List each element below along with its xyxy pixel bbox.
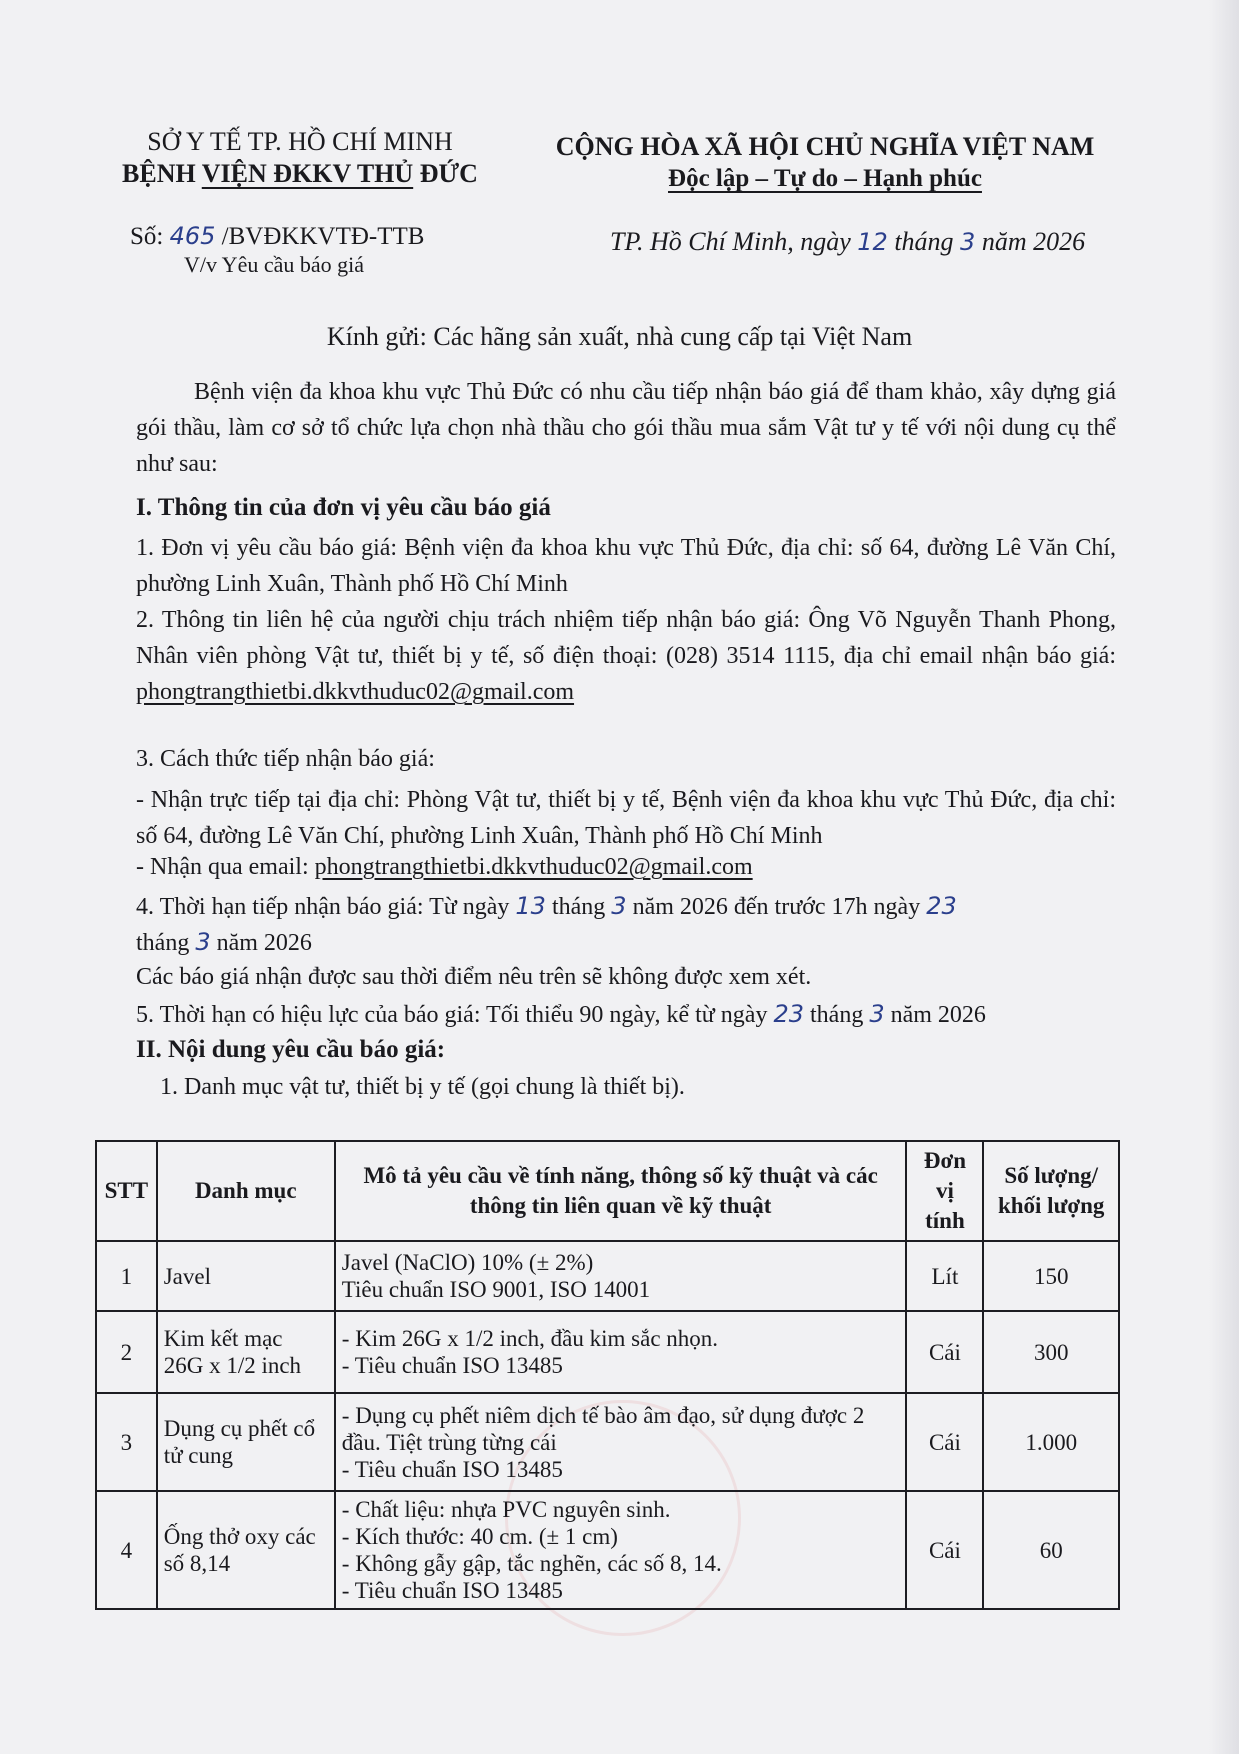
desc-line: Javel (NaClO) 10% (± 2%) (342, 1249, 900, 1276)
row-unit: Lít (906, 1241, 983, 1311)
desc-line: - Tiêu chuẩn ISO 13485 (342, 1352, 900, 1379)
issuer-header: SỞ Y TẾ TP. HỒ CHÍ MINH BỆNH VIỆN ĐKKV T… (110, 126, 490, 190)
row-unit: Cái (906, 1311, 983, 1393)
table-row: 3Dụng cụ phết cổ tử cung- Dụng cụ phết n… (96, 1393, 1119, 1491)
scan-edge-shadow (1209, 0, 1239, 1754)
table-row: 2Kim kết mạc 26G x 1/2 inch- Kim 26G x 1… (96, 1311, 1119, 1393)
section-1-item-5: 5. Thời hạn có hiệu lực của báo giá: Tối… (136, 1000, 986, 1029)
section-2-title: II. Nội dung yêu cầu báo giá: (136, 1036, 445, 1064)
section-1-item-3-title: 3. Cách thức tiếp nhận báo giá: (136, 746, 435, 773)
late-submission-note: Các báo giá nhận được sau thời điểm nêu … (136, 964, 811, 991)
row-qty: 300 (983, 1311, 1119, 1393)
col-unit: Đơn vị tính (906, 1141, 983, 1241)
col-desc: Mô tả yêu cầu về tính năng, thông số kỹ … (335, 1141, 907, 1241)
handwritten-number: 465 (170, 222, 216, 250)
contact-email-link[interactable]: phongtrangthietbi.dkkvthuduc02@gmail.com (136, 679, 574, 705)
section-1-item-3-email: - Nhận qua email: phongtrangthietbi.dkkv… (136, 854, 753, 881)
document-number: Số: 465 /BVĐKKVTĐ-TTB (130, 222, 424, 251)
desc-line: - Chất liệu: nhựa PVC nguyên sinh. (342, 1496, 900, 1523)
handwritten-day: 12 (857, 228, 888, 256)
row-desc: Javel (NaClO) 10% (± 2%)Tiêu chuẩn ISO 9… (335, 1241, 907, 1311)
row-name: Dụng cụ phết cổ tử cung (157, 1393, 335, 1491)
items-table: STT Danh mục Mô tả yêu cầu về tính năng,… (95, 1140, 1120, 1610)
document-date: TP. Hồ Chí Minh, ngày 12 tháng 3 năm 202… (610, 227, 1085, 257)
country-name: CỘNG HÒA XÃ HỘI CHỦ NGHĨA VIỆT NAM (530, 131, 1120, 163)
document-subject: V/v Yêu cầu báo giá (184, 252, 364, 278)
row-stt: 2 (96, 1311, 157, 1393)
row-name: Ống thở oxy các số 8,14 (157, 1491, 335, 1609)
desc-line: Tiêu chuẩn ISO 9001, ISO 14001 (342, 1276, 900, 1303)
row-desc: - Kim 26G x 1/2 inch, đầu kim sắc nhọn.-… (335, 1311, 907, 1393)
table-row: 1JavelJavel (NaClO) 10% (± 2%)Tiêu chuẩn… (96, 1241, 1119, 1311)
row-desc: - Dụng cụ phết niêm dịch tế bào âm đạo, … (335, 1393, 907, 1491)
row-qty: 150 (983, 1241, 1119, 1311)
row-name: Javel (157, 1241, 335, 1311)
section-1-item-2: 2. Thông tin liên hệ của người chịu trác… (136, 602, 1116, 710)
table-header-row: STT Danh mục Mô tả yêu cầu về tính năng,… (96, 1141, 1119, 1241)
section-1-item-3-direct: - Nhận trực tiếp tại địa chỉ: Phòng Vật … (136, 782, 1116, 854)
row-desc: - Chất liệu: nhựa PVC nguyên sinh.- Kích… (335, 1491, 907, 1609)
section-2-subtitle: 1. Danh mục vật tư, thiết bị y tế (gọi c… (160, 1074, 685, 1101)
agency-name: SỞ Y TẾ TP. HỒ CHÍ MINH (110, 126, 490, 158)
desc-line: - Dụng cụ phết niêm dịch tế bào âm đạo, … (342, 1402, 900, 1456)
row-unit: Cái (906, 1491, 983, 1609)
row-stt: 3 (96, 1393, 157, 1491)
table-row: 4Ống thở oxy các số 8,14- Chất liệu: nhự… (96, 1491, 1119, 1609)
desc-line: - Kích thước: 40 cm. (± 1 cm) (342, 1523, 900, 1550)
row-stt: 4 (96, 1491, 157, 1609)
row-unit: Cái (906, 1393, 983, 1491)
desc-line: - Tiêu chuẩn ISO 13485 (342, 1456, 900, 1483)
row-stt: 1 (96, 1241, 157, 1311)
col-qty: Số lượng/ khối lượng (983, 1141, 1119, 1241)
handwritten-month: 3 (960, 228, 975, 256)
submission-email-link[interactable]: phongtrangthietbi.dkkvthuduc02@gmail.com (315, 854, 753, 880)
section-1-item-4: 4. Thời hạn tiếp nhận báo giá: Từ ngày 1… (136, 892, 957, 921)
desc-line: - Kim 26G x 1/2 inch, đầu kim sắc nhọn. (342, 1325, 900, 1352)
section-1-item-1: 1. Đơn vị yêu cầu báo giá: Bệnh viện đa … (136, 530, 1116, 602)
national-header: CỘNG HÒA XÃ HỘI CHỦ NGHĨA VIỆT NAM Độc l… (530, 131, 1120, 195)
addressee: Kính gửi: Các hãng sản xuất, nhà cung cấ… (0, 322, 1239, 352)
desc-line: - Tiêu chuẩn ISO 13485 (342, 1577, 900, 1604)
intro-paragraph: Bệnh viện đa khoa khu vực Thủ Đức có nhu… (136, 374, 1116, 482)
hospital-name: BỆNH VIỆN ĐKKV THỦ ĐỨC (110, 158, 490, 190)
section-1-item-4-cont: tháng 3 năm 2026 (136, 928, 312, 957)
row-name: Kim kết mạc 26G x 1/2 inch (157, 1311, 335, 1393)
row-qty: 60 (983, 1491, 1119, 1609)
document-page: SỞ Y TẾ TP. HỒ CHÍ MINH BỆNH VIỆN ĐKKV T… (0, 0, 1239, 1754)
desc-line: - Không gẫy gập, tắc nghẽn, các số 8, 14… (342, 1550, 900, 1577)
national-motto: Độc lập – Tự do – Hạnh phúc (668, 165, 982, 192)
col-name: Danh mục (157, 1141, 335, 1241)
section-1-title: I. Thông tin của đơn vị yêu cầu báo giá (136, 494, 551, 522)
col-stt: STT (96, 1141, 157, 1241)
row-qty: 1.000 (983, 1393, 1119, 1491)
